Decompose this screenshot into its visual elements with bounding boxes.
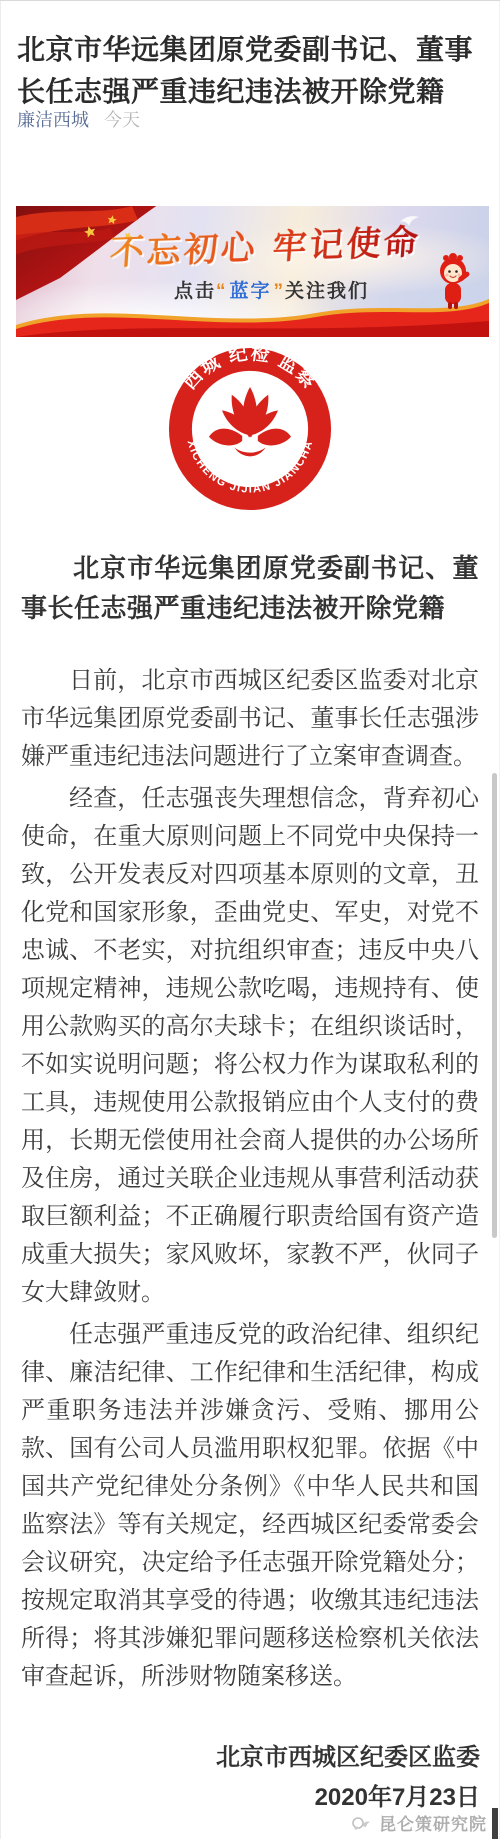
article-heading: 北京市华远集团原党委副书记、董事长任志强严重违纪违法被开除党籍 bbox=[21, 548, 479, 628]
article-paragraph-1: 日前，北京市西城区纪委区监委对北京市华远集团原党委副书记、董事长任志强涉嫌严重违… bbox=[21, 662, 479, 776]
cloud-logo-icon bbox=[350, 1814, 374, 1831]
bottom-right-bar bbox=[492, 1808, 498, 1839]
article-paragraph-3: 任志强严重违反党的政治纪律、组织纪律、廉洁纪律、工作纪律和生活纪律，构成严重职务… bbox=[21, 1316, 479, 1696]
scrollbar-thumb[interactable] bbox=[492, 773, 497, 1238]
banner-slogan: 不忘初心 牢记使命 bbox=[108, 215, 422, 275]
account-link[interactable]: 廉洁西城 bbox=[17, 110, 89, 130]
red-wave-decoration bbox=[16, 291, 489, 337]
page-title: 北京市华远集团原党委副书记、董事长任志强严重违纪违法被开除党籍 bbox=[17, 29, 486, 113]
article-screen: 北京市华远集团原党委副书记、董事长任志强严重违纪违法被开除党籍 廉洁西城今天 不… bbox=[0, 0, 500, 1839]
banner-image: 不忘初心 牢记使命 点击“蓝字”关注我们 bbox=[16, 206, 489, 337]
watermark-text: 昆仑策研究院 bbox=[379, 1810, 487, 1835]
org-logo: 西城 纪检 监察 XICHENG JIJIAN JIANCHA bbox=[167, 346, 333, 512]
signature-org: 北京市西城区纪委区监委 bbox=[216, 1738, 480, 1778]
watermark: 昆仑策研究院 bbox=[350, 1810, 487, 1835]
signature-block: 北京市西城区纪委区监委 2020年7月23日 bbox=[216, 1738, 480, 1818]
article-body: 北京市华远集团原党委副书记、董事长任志强严重违纪违法被开除党籍 日前，北京市西城… bbox=[21, 548, 479, 1700]
publish-time: 今天 bbox=[104, 110, 140, 130]
cartoon-girl-icon bbox=[433, 252, 473, 314]
byline: 廉洁西城今天 bbox=[17, 107, 140, 133]
article-paragraph-2: 经查，任志强丧失理想信念，背弃初心使命，在重大原则问题上不同党中央保持一致，公开… bbox=[21, 780, 479, 1312]
